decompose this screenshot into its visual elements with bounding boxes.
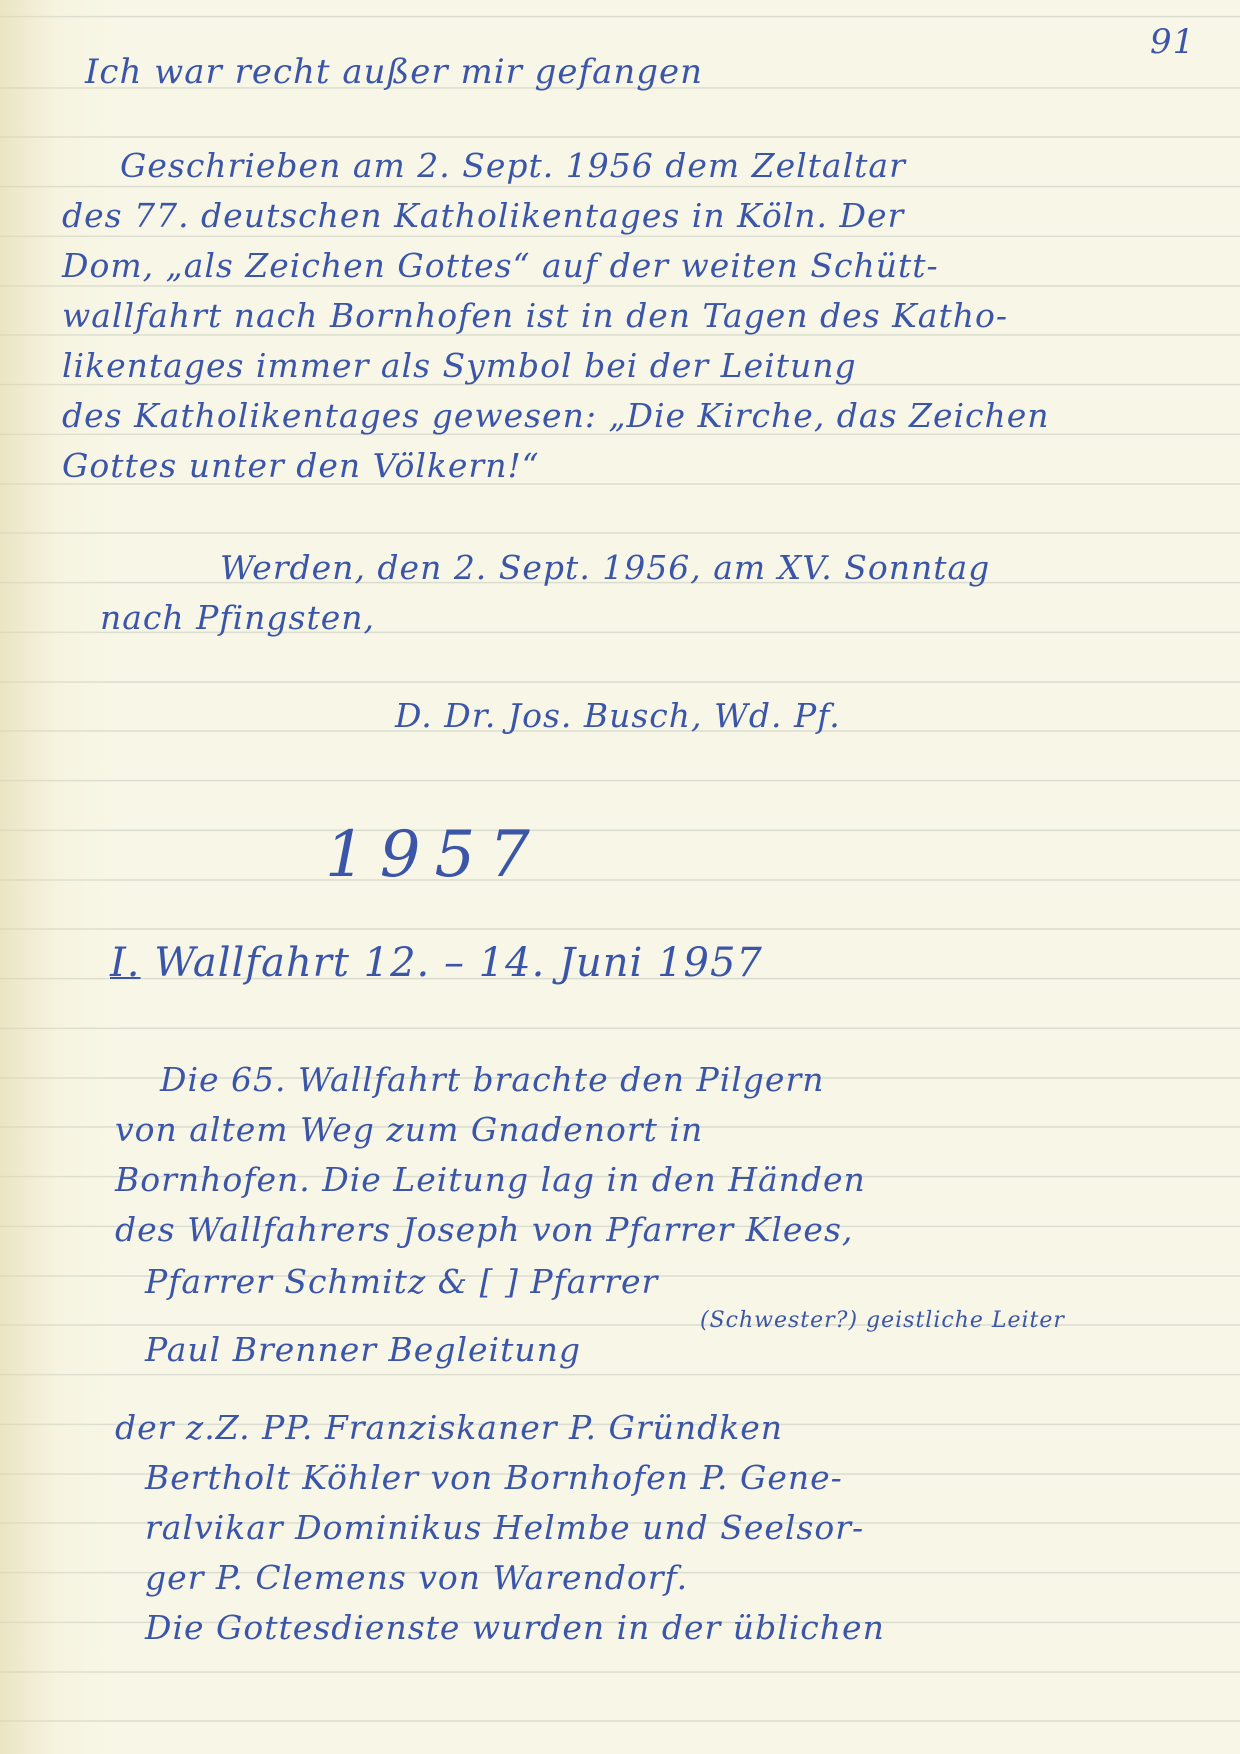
page-number: 91 [1150,22,1195,62]
year-heading: 1957 [325,818,544,892]
section-title: Wallfahrt 12. – 14. Juni 1957 [154,940,763,986]
text-line: Bertholt Köhler von Bornhofen P. Gene- [145,1458,843,1497]
section-numeral: I. [110,940,141,986]
text-line: des 77. deutschen Katholikentages in Köl… [62,196,904,235]
text-line: von altem Weg zum Gnadenort in [115,1110,703,1149]
signature: D. Dr. Jos. Busch, Wd. Pf. [395,696,841,735]
text-line: Gottes unter den Völkern!“ [62,446,540,485]
text-line: Bornhofen. Die Leitung lag in den Händen [115,1160,866,1199]
text-line: ralvikar Dominikus Helmbe und Seelsor- [145,1508,864,1547]
text-line: Geschrieben am 2. Sept. 1956 dem Zeltalt… [120,146,906,185]
text-line: des Wallfahrers Joseph von Pfarrer Klees… [115,1210,853,1249]
closing-line: nach Pfingsten, [100,598,375,637]
text-line: ger P. Clemens von Warendorf. [145,1558,688,1597]
text-line: Die 65. Wallfahrt brachte den Pilgern [160,1060,824,1099]
opening-line: Ich war recht außer mir gefangen [85,52,703,92]
inserted-note: (Schwester?) geistliche Leiter [700,1308,1065,1333]
text-line: Paul Brenner Begleitung [145,1330,581,1369]
text-line: des Katholikentages gewesen: „Die Kirche… [62,396,1050,435]
text-line: Pfarrer Schmitz & [ ] Pfarrer [145,1262,658,1301]
section-heading: I. Wallfahrt 12. – 14. Juni 1957 [110,940,763,986]
text-line: likentages immer als Symbol bei der Leit… [62,346,857,385]
text-line: wallfahrt nach Bornhofen ist in den Tage… [62,296,1008,335]
text-line: Die Gottesdienste wurden in der üblichen [145,1608,885,1647]
text-line: Dom, „als Zeichen Gottes“ auf der weiten… [62,246,939,285]
notebook-page: 91 Ich war recht außer mir gefangen Gesc… [0,0,1240,1754]
text-line: der z.Z. PP. Franziskaner P. Gründken [115,1408,783,1447]
closing-line: Werden, den 2. Sept. 1956, am XV. Sonnta… [220,548,990,587]
